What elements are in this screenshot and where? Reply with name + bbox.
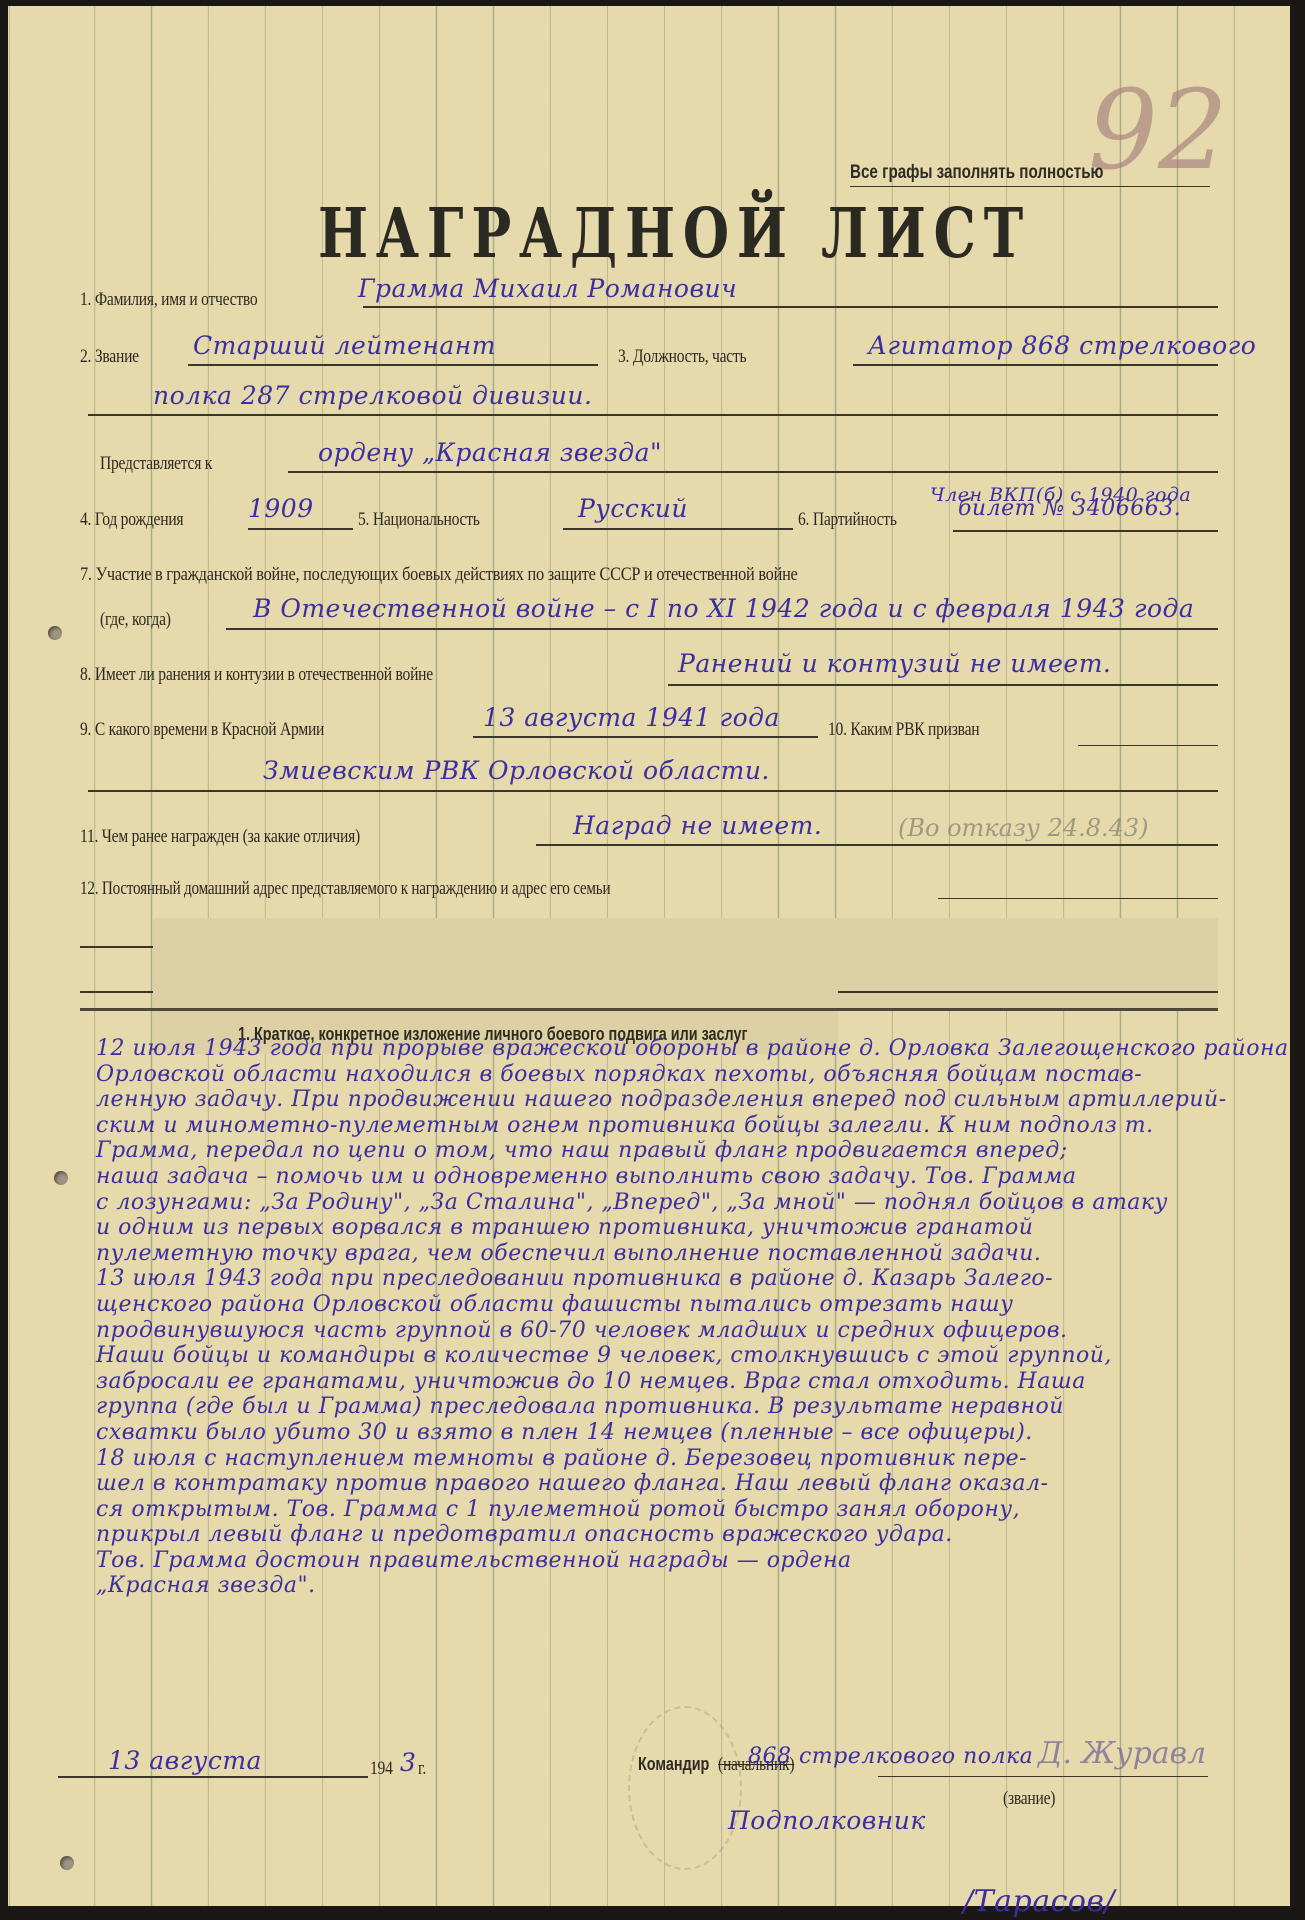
field-7-label-cont: (где, когда): [100, 609, 171, 631]
date-year-prefix: 194: [370, 1758, 393, 1780]
field-12-underline: [938, 898, 1218, 899]
narrative-line: прикрыл левый фланг и предотвратил опасн…: [96, 1522, 1296, 1548]
narrative-line: пулеметную точку врага, чем обеспечил вы…: [96, 1241, 1296, 1267]
commander-underline: [878, 1776, 1208, 1777]
field-6-value: билет № 3406663.: [958, 496, 1181, 521]
field-3-value-line2: полка 287 стрелковой дивизии.: [153, 381, 592, 410]
field-7-label: 7. Участие в гражданской войне, последую…: [80, 564, 798, 586]
field-1-underline: [363, 306, 1218, 308]
narrative-line: 12 июля 1943 года при прорыве вражеской …: [96, 1036, 1296, 1062]
commander-value: 868 стрелкового полка: [748, 1744, 1033, 1769]
field-5-underline: [563, 528, 793, 530]
narrative-line: Грамма, передал по цепи о том, что наш п…: [96, 1138, 1296, 1164]
field-11-value: Наград не имеет.: [573, 811, 822, 840]
date-year-suffix: 3: [400, 1748, 416, 1777]
field-3-underline-2: [88, 414, 1218, 416]
field-1-label: 1. Фамилия, имя и отчество: [80, 289, 257, 311]
punch-hole: [48, 626, 62, 640]
field-10-underline-2: [88, 790, 1218, 792]
field-11-pencil-note: (Во отказу 24.8.43): [898, 814, 1149, 842]
field-10-label: 10. Каким РВК призван: [828, 719, 979, 741]
punch-hole: [54, 1171, 68, 1185]
narrative-line: Тов. Грамма достоин правительственной на…: [96, 1548, 1296, 1574]
narrative-line: забросали ее гранатами, уничтожив до 10 …: [96, 1369, 1296, 1395]
presented-label: Представляется к: [100, 453, 212, 475]
section-divider: [80, 1008, 1218, 1011]
field-3-underline: [853, 364, 1218, 366]
field-10-underline: [1078, 745, 1218, 746]
section-1-narrative: 12 июля 1943 года при прорыве вражеской …: [96, 1036, 1296, 1599]
field-11-underline: [536, 844, 1218, 846]
field-4-value: 1909: [248, 494, 314, 523]
narrative-line: ся открытым. Тов. Грамма с 1 пулеметной …: [96, 1497, 1296, 1523]
narrative-line: Орловской области находился в боевых пор…: [96, 1062, 1296, 1088]
field-2-value: Старший лейтенант: [193, 331, 496, 360]
faded-stamp: [628, 1706, 742, 1870]
field-12-label: 12. Постоянный домашний адрес представля…: [80, 878, 610, 900]
signature: /Тарасов/: [963, 1884, 1115, 1919]
field-7-underline: [226, 628, 1218, 630]
narrative-line: Наши бойцы и командиры в количестве 9 че…: [96, 1343, 1296, 1369]
narrative-line: продвинувшуюся часть группой в 60-70 чел…: [96, 1318, 1296, 1344]
narrative-line: 18 июля с наступлением темноты в районе …: [96, 1446, 1296, 1472]
field-2-underline: [188, 364, 598, 366]
narrative-line: группа (где был и Грамма) преследовала п…: [96, 1394, 1296, 1420]
narrative-line: „Красная звезда".: [96, 1573, 1296, 1599]
punch-hole: [60, 1856, 74, 1870]
field-1-value: Грамма Михаил Романович: [358, 274, 737, 303]
field-4-label: 4. Год рождения: [80, 509, 183, 531]
field-11-label: 11. Чем ранее награжден (за какие отличи…: [80, 826, 360, 848]
pencil-signature: Д. Журавл: [1038, 1736, 1206, 1771]
field-9-label: 9. С какого времени в Красной Армии: [80, 719, 324, 741]
instruction-text: Все графы заполнять полностью: [850, 162, 1104, 184]
date-day: 13 августа: [108, 1746, 262, 1775]
field-7-value: В Отечественной войне – с I по XI 1942 г…: [253, 594, 1194, 623]
archive-mark: 92: [1088, 66, 1228, 194]
narrative-line: шел в контратаку против правого нашего ф…: [96, 1471, 1296, 1497]
commander-label: Командир: [638, 1754, 709, 1775]
presented-underline: [288, 471, 1218, 473]
field-9-underline: [473, 736, 818, 738]
rank-value: Подполковник: [728, 1806, 926, 1835]
field-6-label: 6. Партийность: [798, 509, 897, 531]
narrative-line: и одним из первых ворвался в траншею про…: [96, 1215, 1296, 1241]
field-8-value: Ранений и контузий не имеет.: [678, 649, 1111, 678]
narrative-line: ским и минометно-пулеметным огнем против…: [96, 1113, 1296, 1139]
field-4-underline: [248, 528, 353, 530]
field-2-label: 2. Звание: [80, 346, 139, 368]
instruction-underline: [850, 186, 1210, 187]
narrative-line: с лозунгами: „За Родину", „За Сталина", …: [96, 1190, 1296, 1216]
award-sheet-paper: 92 Все графы заполнять полностью НАГРАДН…: [8, 6, 1290, 1906]
field-10-value: Змиевским РВК Орловской области.: [263, 756, 770, 785]
field-9-value: 13 августа 1941 года: [483, 703, 780, 732]
rank-label: (звание): [1003, 1788, 1055, 1810]
narrative-line: щенского района Орловской области фашист…: [96, 1292, 1296, 1318]
field-8-label: 8. Имеет ли ранения и контузии в отечест…: [80, 664, 433, 686]
presented-value: ордену „Красная звезда": [318, 438, 662, 467]
date-g: г.: [418, 1758, 426, 1780]
field-3-value-line1: Агитатор 868 стрелкового: [868, 331, 1256, 360]
narrative-line: схватки было убито 30 и взято в плен 14 …: [96, 1420, 1296, 1446]
narrative-line: ленную задачу. При продвижении нашего по…: [96, 1087, 1296, 1113]
page-title: НАГРАДНОЙ ЛИСТ: [318, 194, 1031, 274]
date-underline: [58, 1776, 368, 1778]
narrative-line: 13 июля 1943 года при преследовании прот…: [96, 1266, 1296, 1292]
field-8-underline: [668, 684, 1218, 686]
field-5-label: 5. Национальность: [358, 509, 480, 531]
field-6-underline: [953, 530, 1218, 532]
field-3-label: 3. Должность, часть: [618, 346, 746, 368]
narrative-line: наша задача – помочь им и одновременно в…: [96, 1164, 1296, 1190]
field-5-value: Русский: [578, 494, 688, 523]
